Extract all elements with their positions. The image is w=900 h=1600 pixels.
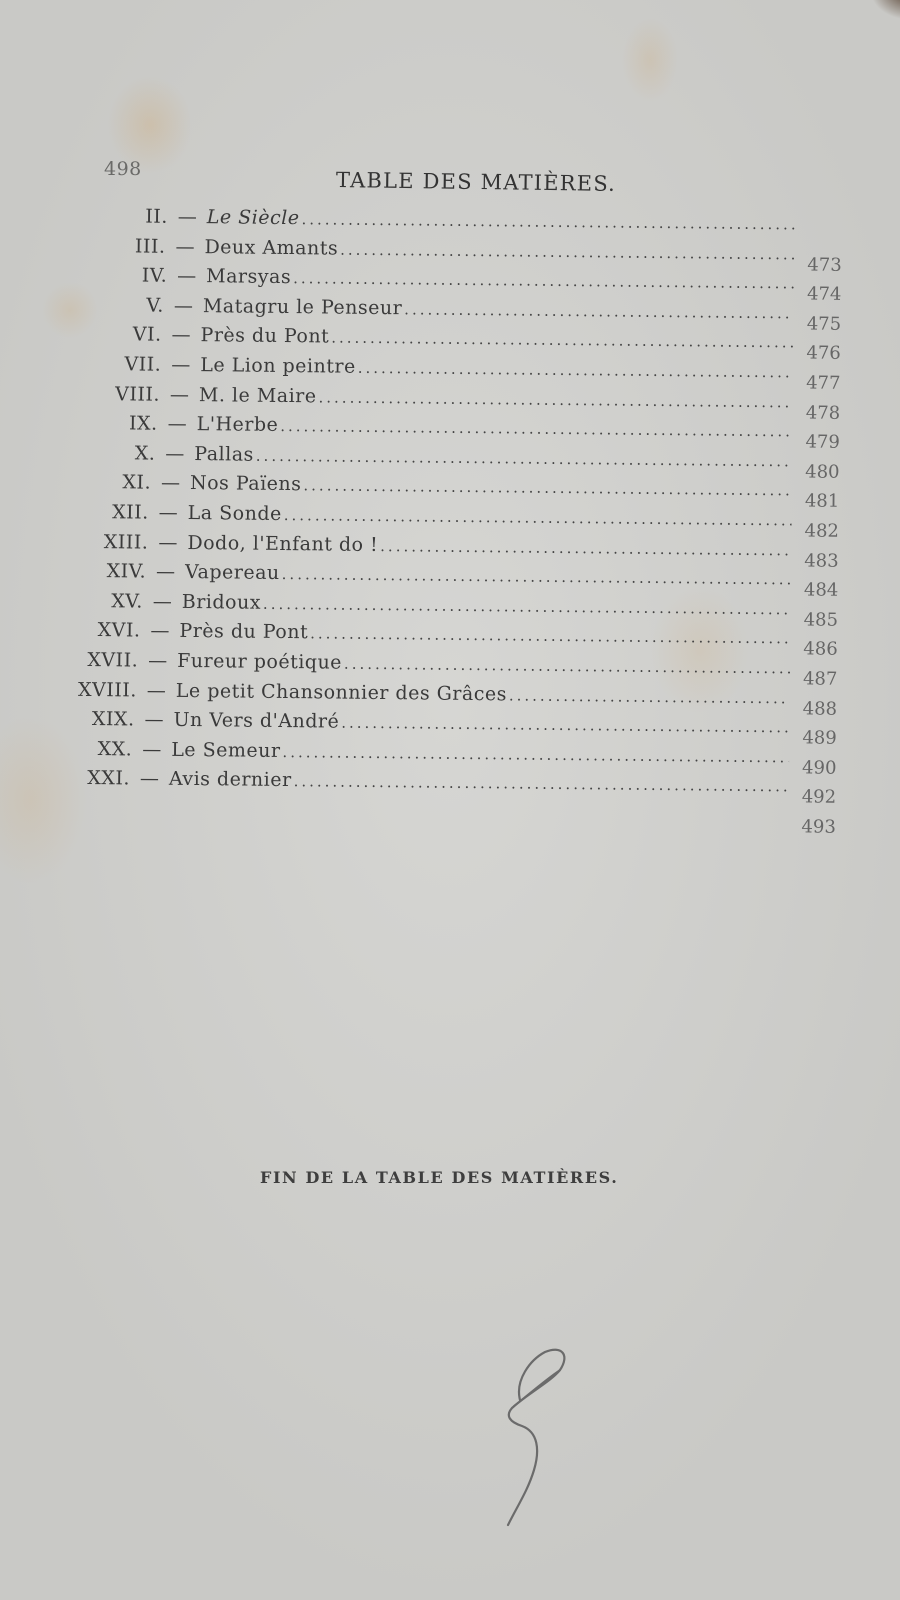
chapter-numeral-box: IX.	[0, 407, 158, 439]
chapter-title: Dodo, l'Enfant do !	[187, 528, 378, 560]
em-dash: —	[168, 409, 187, 439]
chapter-numeral: XXI.	[10, 763, 130, 794]
em-dash: —	[170, 379, 189, 409]
chapter-title: Un Vers d'André	[173, 705, 339, 737]
page-number: 493	[801, 812, 841, 842]
chapter-title: Fureur poétique	[177, 646, 342, 678]
chapter-title: Le petit Chansonnier des Grâces	[176, 675, 507, 708]
chapter-numeral-box: V.	[4, 289, 164, 321]
chapter-title: Avis dernier	[169, 764, 292, 795]
em-dash: —	[159, 498, 178, 528]
chapter-numeral: X.	[35, 437, 155, 468]
em-dash: —	[158, 527, 177, 557]
dot-leader: ........................................…	[507, 680, 790, 712]
chapter-numeral-box: VI.	[1, 318, 161, 350]
em-dash: —	[142, 734, 161, 764]
chapter-title: Le Semeur	[171, 735, 281, 766]
chapter-numeral: XIV.	[26, 555, 146, 586]
chapter-numeral-box: IV.	[7, 259, 167, 291]
chapter-title: Près du Pont	[179, 616, 308, 647]
em-dash: —	[171, 320, 190, 350]
chapter-title: Près du Pont	[200, 320, 329, 351]
chapter-title: La Sonde	[188, 498, 282, 529]
chapter-title: Nos Païens	[190, 468, 302, 499]
entry-line: —Avis dernier...........................…	[130, 764, 789, 801]
chapter-numeral-box: X.	[0, 437, 156, 469]
chapter-numeral: VII.	[41, 348, 161, 379]
chapter-numeral: XI.	[31, 467, 151, 498]
em-dash: —	[174, 291, 193, 321]
chapter-title: Vapereau	[185, 557, 280, 588]
book-page: 498 TABLE DES MATIÈRES. II.—Le Siècle...…	[0, 0, 900, 1600]
chapter-numeral-box: VII.	[1, 348, 161, 380]
chapter-numeral-box: XIII.	[0, 525, 149, 557]
chapter-title: Marsyas	[206, 261, 291, 292]
em-dash: —	[150, 616, 169, 646]
em-dash: —	[175, 231, 194, 261]
chapter-numeral-box: XVII.	[0, 644, 138, 676]
em-dash: —	[178, 202, 197, 232]
dot-leader: ........................................…	[291, 766, 789, 800]
chapter-numeral-box: XX.	[0, 733, 132, 765]
page-number: 492	[802, 783, 842, 813]
chapter-numeral: XV.	[23, 585, 143, 616]
chapter-numeral-box: XIV.	[0, 555, 146, 587]
chapter-numeral: XIII.	[28, 526, 148, 557]
em-dash: —	[148, 646, 167, 676]
em-dash: —	[161, 468, 180, 498]
chapter-numeral: V.	[44, 289, 164, 320]
em-dash: —	[153, 586, 172, 616]
chapter-numeral-box: II.	[8, 200, 168, 232]
chapter-title: Matagru le Penseur	[203, 291, 403, 323]
chapter-title: Le Lion peintre	[200, 350, 356, 382]
chapter-numeral-box: III.	[5, 230, 165, 262]
running-head-title: TABLE DES MATIÈRES.	[336, 168, 616, 196]
chapter-numeral-box: XV.	[0, 585, 143, 617]
chapter-numeral: II.	[48, 201, 168, 232]
chapter-numeral: XX.	[12, 733, 132, 764]
dot-leader: ........................................…	[402, 294, 794, 327]
chapter-numeral: XIX.	[14, 703, 134, 734]
em-dash: —	[156, 557, 175, 587]
chapter-numeral-box: XVIII.	[0, 673, 137, 705]
chapter-numeral: XVII.	[18, 644, 138, 675]
chapter-numeral: III.	[45, 230, 165, 261]
chapter-numeral-box: XII.	[0, 496, 149, 528]
chapter-numeral: VIII.	[40, 378, 160, 409]
em-dash: —	[177, 261, 196, 291]
em-dash: —	[147, 675, 166, 705]
em-dash: —	[165, 439, 184, 469]
pencil-scribble-icon	[490, 1340, 590, 1530]
chapter-numeral: XVI.	[20, 615, 140, 646]
chapter-title: Deux Amants	[204, 232, 338, 263]
chapter-title: Pallas	[194, 439, 254, 470]
chapter-title: M. le Maire	[199, 380, 317, 411]
em-dash: —	[140, 764, 159, 794]
chapter-numeral-box: VIII.	[0, 378, 160, 410]
chapter-numeral-box: XIX.	[0, 703, 135, 735]
page-corner-shadow	[870, 0, 900, 20]
chapter-title: L'Herbe	[197, 409, 279, 440]
chapter-numeral-box: XXI.	[0, 762, 130, 794]
chapter-title: Bridoux	[182, 587, 261, 618]
end-of-table-note: FIN DE LA TABLE DES MATIÈRES.	[260, 1168, 618, 1187]
chapter-title: Le Siècle	[207, 202, 300, 233]
chapter-numeral: VI.	[41, 319, 161, 350]
em-dash: —	[144, 705, 163, 735]
page-folio-number: 498	[104, 158, 142, 180]
chapter-numeral: XVIII.	[17, 674, 137, 705]
chapter-numeral-box: XI.	[0, 466, 151, 498]
chapter-numeral: IX.	[38, 408, 158, 439]
chapter-numeral: XII.	[29, 496, 149, 527]
chapter-numeral: IV.	[47, 260, 167, 291]
table-of-contents: II.—Le Siècle...........................…	[0, 200, 900, 209]
em-dash: —	[171, 350, 190, 380]
chapter-numeral-box: XVI.	[0, 614, 141, 646]
